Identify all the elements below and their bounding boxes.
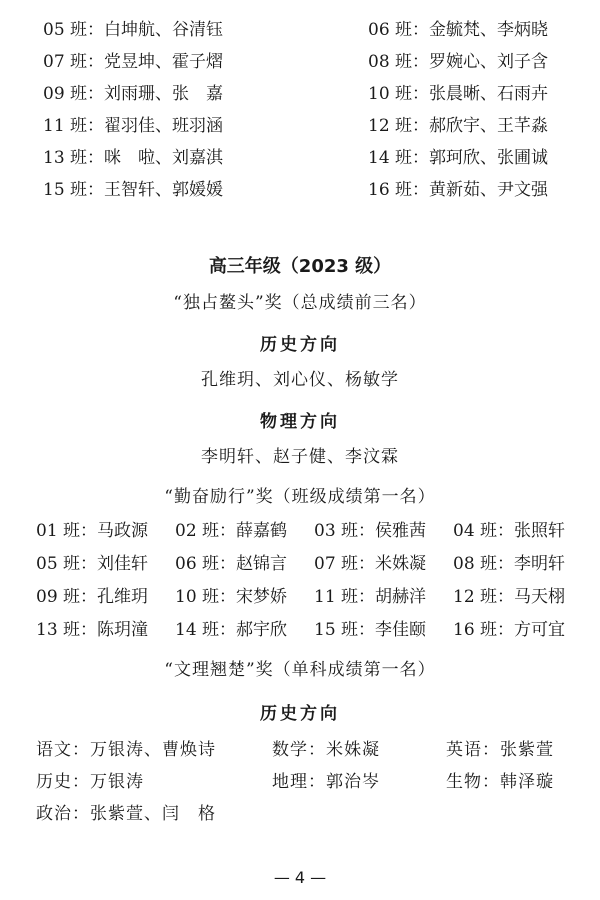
class-entry: 15 班：王智轩、郭媛媛 bbox=[43, 176, 223, 204]
class-entry: 14 班：郭珂欣、张圃诚 bbox=[368, 144, 548, 172]
class-row: 09 班：刘雨珊、张 嘉 10 班：张晨晰、石雨卉 bbox=[0, 80, 600, 108]
class-entry: 09 班：刘雨珊、张 嘉 bbox=[43, 80, 223, 108]
award-title-class-first: “勤奋励行”奖（班级成绩第一名） bbox=[0, 483, 600, 511]
subject-entry: 数学：米姝凝 bbox=[272, 736, 380, 764]
class-entry: 09 班：孔维玥 bbox=[36, 583, 148, 611]
class-row: 15 班：王智轩、郭媛媛 16 班：黄新茹、尹文强 bbox=[0, 176, 600, 204]
page-number: — 4 — bbox=[0, 866, 600, 890]
class-entry: 14 班：郝宇欣 bbox=[175, 616, 287, 644]
subject-entry: 历史：万银涛 bbox=[36, 768, 144, 796]
class-entry: 06 班：金毓梵、李炳晓 bbox=[368, 16, 548, 44]
class-entry: 07 班：党昱坤、霍子熠 bbox=[43, 48, 223, 76]
direction-heading-history: 历史方向 bbox=[0, 331, 600, 359]
award-title-top3: “独占鳌头”奖（总成绩前三名） bbox=[0, 289, 600, 317]
class-row: 07 班：党昱坤、霍子熠 08 班：罗婉心、刘子含 bbox=[0, 48, 600, 76]
class-entry: 03 班：侯雅茜 bbox=[314, 517, 426, 545]
names-history-top3: 孔维玥、刘心仪、杨敏学 bbox=[0, 366, 600, 394]
class-entry: 01 班：马政源 bbox=[36, 517, 148, 545]
class-entry: 12 班：马天栩 bbox=[453, 583, 565, 611]
class-first-row: 01 班：马政源 02 班：薛嘉鹤 03 班：侯雅茜 04 班：张照轩 bbox=[0, 517, 600, 545]
subject-entry: 英语：张紫萱 bbox=[446, 736, 554, 764]
subject-entry: 政治：张紫萱、闫 格 bbox=[36, 800, 216, 828]
class-row: 13 班：咪 啦、刘嘉淇 14 班：郭珂欣、张圃诚 bbox=[0, 144, 600, 172]
class-entry: 02 班：薛嘉鹤 bbox=[175, 517, 287, 545]
class-first-row: 09 班：孔维玥 10 班：宋梦娇 11 班：胡赫洋 12 班：马天栩 bbox=[0, 583, 600, 611]
class-entry: 04 班：张照轩 bbox=[453, 517, 565, 545]
class-row: 11 班：翟羽佳、班羽涵 12 班：郝欣宇、王芊淼 bbox=[0, 112, 600, 140]
class-entry: 10 班：宋梦娇 bbox=[175, 583, 287, 611]
subject-row: 历史：万银涛 地理：郭治岑 生物：韩泽璇 bbox=[0, 768, 600, 796]
class-row: 05 班：白坤航、谷清钰 06 班：金毓梵、李炳晓 bbox=[0, 16, 600, 44]
class-entry: 07 班：米姝凝 bbox=[314, 550, 426, 578]
class-entry: 10 班：张晨晰、石雨卉 bbox=[368, 80, 548, 108]
class-entry: 13 班：咪 啦、刘嘉淇 bbox=[43, 144, 223, 172]
subject-entry: 生物：韩泽璇 bbox=[446, 768, 554, 796]
class-entry: 16 班：方可宜 bbox=[453, 616, 565, 644]
class-entry: 08 班：李明轩 bbox=[453, 550, 565, 578]
award-title-subject-first: “文理翘楚”奖（单科成绩第一名） bbox=[0, 656, 600, 684]
class-first-row: 05 班：刘佳轩 06 班：赵锦言 07 班：米姝凝 08 班：李明轩 bbox=[0, 550, 600, 578]
class-entry: 08 班：罗婉心、刘子含 bbox=[368, 48, 548, 76]
subject-entry: 语文：万银涛、曹焕诗 bbox=[36, 736, 216, 764]
subject-entry: 地理：郭治岑 bbox=[272, 768, 380, 796]
class-entry: 06 班：赵锦言 bbox=[175, 550, 287, 578]
document-page: 05 班：白坤航、谷清钰 06 班：金毓梵、李炳晓 07 班：党昱坤、霍子熠 0… bbox=[0, 0, 600, 900]
class-entry: 05 班：刘佳轩 bbox=[36, 550, 148, 578]
grade-title: 高三年级（2023 级） bbox=[0, 253, 600, 281]
class-first-row: 13 班：陈玥潼 14 班：郝宇欣 15 班：李佳颐 16 班：方可宜 bbox=[0, 616, 600, 644]
direction-heading-physics: 物理方向 bbox=[0, 408, 600, 436]
subject-row: 政治：张紫萱、闫 格 bbox=[0, 800, 600, 828]
class-entry: 12 班：郝欣宇、王芊淼 bbox=[368, 112, 548, 140]
class-entry: 15 班：李佳颐 bbox=[314, 616, 426, 644]
class-entry: 11 班：胡赫洋 bbox=[314, 583, 426, 611]
class-entry: 11 班：翟羽佳、班羽涵 bbox=[43, 112, 223, 140]
class-entry: 16 班：黄新茹、尹文强 bbox=[368, 176, 548, 204]
class-entry: 05 班：白坤航、谷清钰 bbox=[43, 16, 223, 44]
class-entry: 13 班：陈玥潼 bbox=[36, 616, 148, 644]
names-physics-top3: 李明轩、赵子健、李汶霖 bbox=[0, 443, 600, 471]
direction-heading-history: 历史方向 bbox=[0, 700, 600, 728]
subject-row: 语文：万银涛、曹焕诗 数学：米姝凝 英语：张紫萱 bbox=[0, 736, 600, 764]
